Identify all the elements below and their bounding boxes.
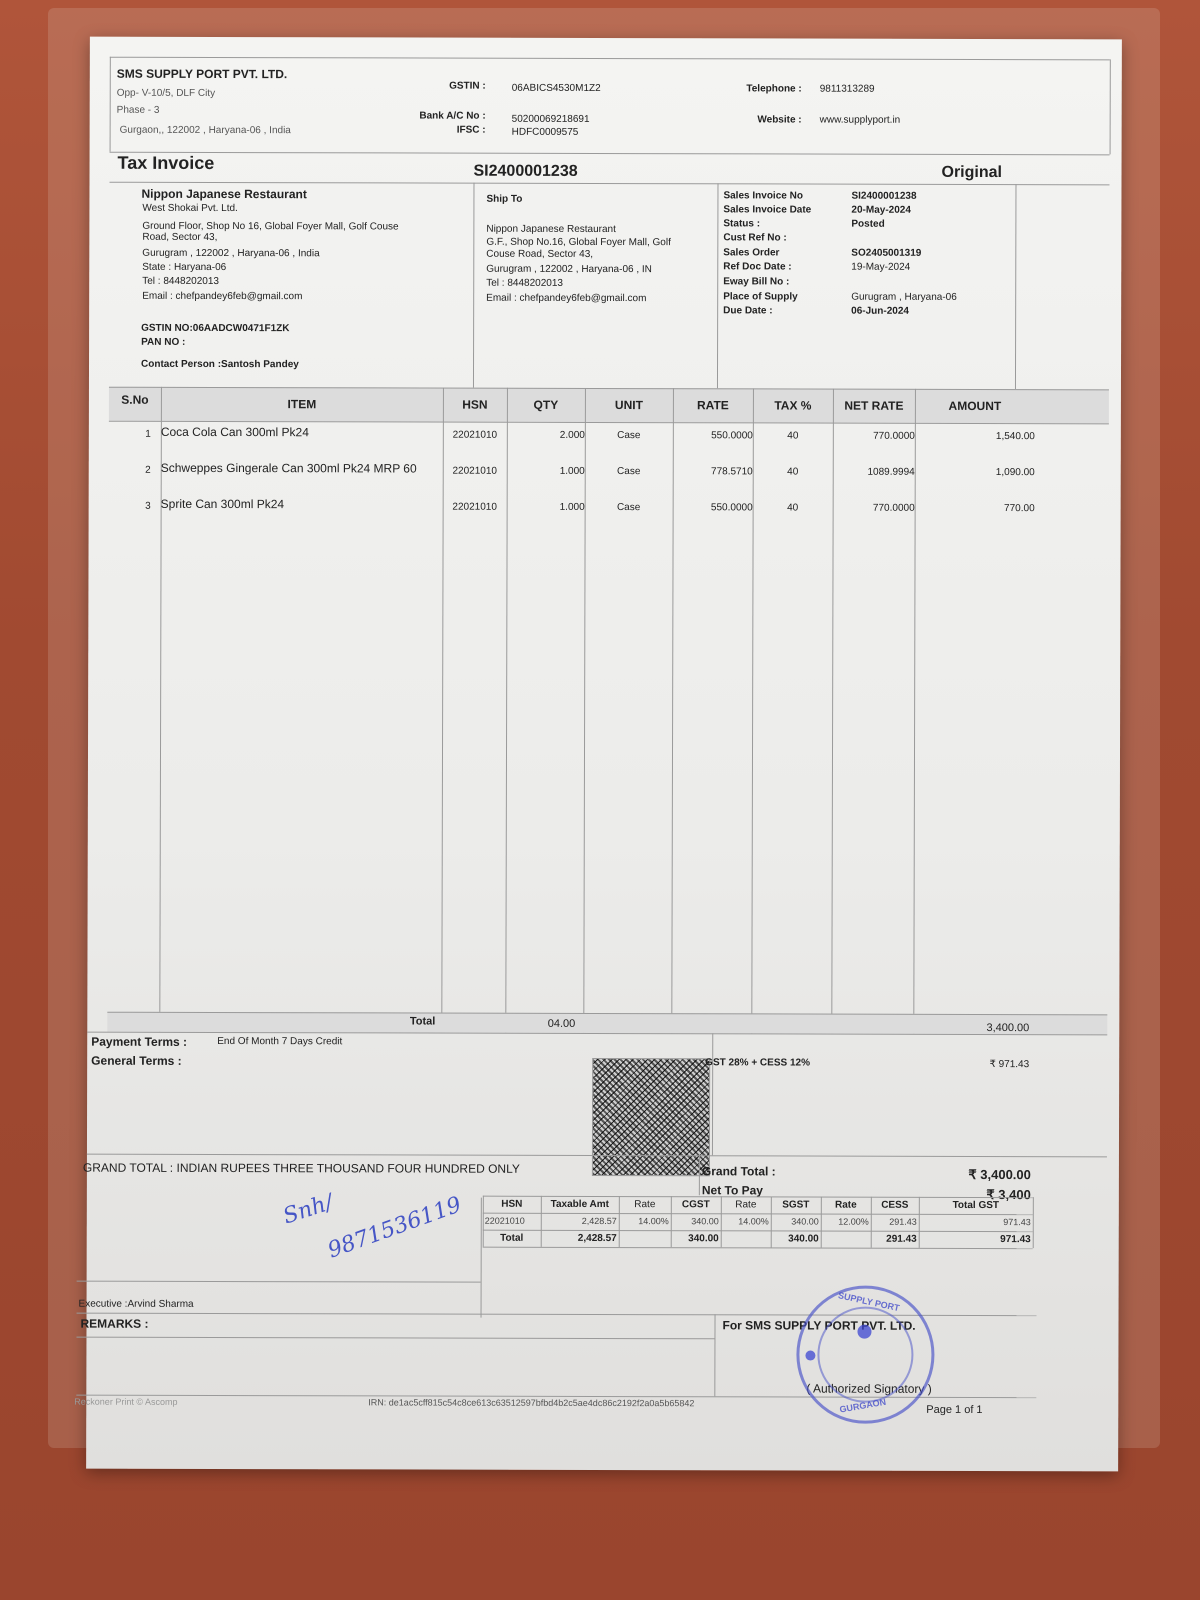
cell-qty: 2.000 [507, 430, 585, 441]
company-telephone: 9811313289 [820, 84, 875, 95]
column-header: HSN [443, 398, 507, 412]
billto-company: West Shokai Pvt. Ltd. [142, 203, 237, 214]
gst-column-header: Total GST [919, 1200, 1033, 1211]
column-header: RATE [673, 398, 753, 412]
cell-tax: 40 [753, 502, 833, 513]
column-header: AMOUNT [915, 399, 1035, 413]
meta-value: 19-May-2024 [851, 262, 910, 273]
irn-number: IRN: de1ac5cff815c54c8ce613c63512597bfbd… [368, 1397, 694, 1408]
cell-sno: 3 [109, 501, 151, 512]
grand-total-value: ₹ 3,400.00 [907, 1167, 1031, 1183]
column-header: ITEM [161, 397, 443, 412]
gst-column-header: CGST [671, 1199, 721, 1210]
cell-tax: 40 [753, 466, 833, 477]
company-website: www.supplyport.in [820, 115, 901, 126]
billto-pan: PAN NO : [141, 337, 185, 348]
billto-address-2: Road, Sector 43, [142, 232, 217, 243]
copy-type: Original [941, 164, 1002, 182]
document-type-title: Tax Invoice [118, 153, 215, 174]
gst-column-header: CESS [871, 1200, 919, 1211]
cell-item: Sprite Can 300ml Pk24 [161, 497, 443, 512]
billto-tel: Tel : 8448202013 [142, 276, 219, 287]
shipto-tel: Tel : 8448202013 [486, 278, 563, 289]
cell-sno: 2 [109, 465, 151, 476]
meta-value: Gurugram , Haryana-06 [851, 292, 957, 303]
handwritten-initials: Snh/ [280, 1190, 336, 1229]
print-credit: Reckoner Print © Ascomp [74, 1397, 177, 1407]
meta-value: Posted [851, 219, 884, 230]
bank-account: 50200069218691 [512, 114, 590, 125]
company-gstin: 06ABICS4530M1Z2 [512, 83, 601, 94]
grand-total-label: Grand Total : [702, 1164, 776, 1178]
gst-cell: 291.43 [873, 1217, 917, 1227]
cell-amount: 770.00 [915, 503, 1035, 514]
gst-cell: 971.43 [921, 1217, 1031, 1227]
gst-cell: 12.00% [823, 1217, 869, 1227]
invoice-document: SMS SUPPLY PORT PVT. LTD. Opp- V-10/5, D… [86, 37, 1122, 1472]
meta-label: Sales Invoice Date [723, 204, 811, 215]
billto-contact: Contact Person :Santosh Pandey [141, 359, 299, 370]
billto-gstin: GSTIN NO:06AADCW0471F1ZK [141, 323, 289, 334]
shipto-name: Nippon Japanese Restaurant [486, 224, 616, 235]
handwritten-phone: 9871536119 [325, 1192, 465, 1263]
net-to-pay-label: Net To Pay [702, 1183, 763, 1197]
gst-cess-value: ₹ 971.43 [937, 1059, 1029, 1070]
gstin-label: GSTIN : [390, 80, 486, 91]
cell-item: Schweppes Gingerale Can 300ml Pk24 MRP 6… [161, 461, 443, 476]
shipto-email: Email : chefpandey6feb@gmail.com [486, 293, 646, 304]
gst-cell: 14.00% [723, 1216, 769, 1226]
qr-code [592, 1058, 710, 1176]
cell-qty: 1.000 [507, 502, 585, 513]
payment-terms-value: End Of Month 7 Days Credit [217, 1036, 342, 1047]
cell-amount: 1,540.00 [915, 431, 1035, 442]
company-name: SMS SUPPLY PORT PVT. LTD. [117, 67, 288, 81]
meta-label: Sales Order [723, 247, 779, 258]
cell-item: Coca Cola Can 300ml Pk24 [161, 425, 443, 440]
company-stamp: SUPPLY PORT GURGAON [796, 1286, 934, 1424]
gst-total-cell: 291.43 [873, 1234, 917, 1245]
gst-cell: 340.00 [773, 1216, 819, 1226]
invoice-number-title: SI2400001238 [474, 163, 578, 181]
gst-cess-label: GST 28% + CESS 12% [705, 1057, 810, 1068]
general-terms-label: General Terms : [91, 1054, 182, 1068]
billto-state: State : Haryana-06 [142, 262, 226, 273]
cell-tax: 40 [753, 430, 833, 441]
cell-hsn: 22021010 [443, 430, 507, 441]
cell-sno: 1 [109, 429, 151, 440]
gst-total-cell: 2,428.57 [543, 1233, 617, 1244]
cell-unit: Case [585, 466, 673, 477]
cell-net-rate: 770.0000 [833, 503, 915, 514]
items-total-amount: 3,400.00 [917, 1022, 1029, 1034]
company-address-2: Phase - 3 [117, 105, 160, 116]
gst-total-cell: 340.00 [673, 1233, 719, 1244]
grand-total-words: GRAND TOTAL : INDIAN RUPEES THREE THOUSA… [83, 1161, 520, 1176]
cell-hsn: 22021010 [443, 466, 507, 477]
cell-qty: 1.000 [507, 466, 585, 477]
payment-terms-label: Payment Terms : [91, 1035, 187, 1049]
cell-rate: 550.0000 [673, 502, 753, 513]
telephone-label: Telephone : [710, 83, 802, 94]
gst-cell: 2,428.57 [543, 1216, 617, 1226]
gst-column-header: Rate [619, 1199, 671, 1210]
ifsc-label: IFSC : [390, 124, 486, 135]
column-header: S.No [109, 393, 161, 407]
gst-cell: 340.00 [673, 1216, 719, 1226]
gst-column-header: Rate [721, 1199, 771, 1210]
bank-label: Bank A/C No : [390, 110, 486, 121]
meta-value: SO2405001319 [851, 248, 921, 259]
meta-value: 20-May-2024 [851, 205, 911, 216]
remarks-label: REMARKS : [80, 1317, 148, 1331]
cell-unit: Case [585, 430, 673, 441]
meta-label: Cust Ref No : [723, 232, 786, 243]
meta-value: SI2400001238 [851, 191, 916, 202]
column-header: UNIT [585, 398, 673, 412]
cell-unit: Case [585, 502, 673, 513]
executive-name: Executive :Arvind Sharma [79, 1299, 194, 1310]
cell-rate: 550.0000 [673, 430, 753, 441]
meta-label: Ref Doc Date : [723, 261, 791, 272]
column-header: NET RATE [833, 399, 915, 413]
meta-label: Eway Bill No : [723, 276, 789, 287]
gst-column-header: Taxable Amt [541, 1199, 619, 1210]
gst-total-cell: 971.43 [921, 1234, 1031, 1245]
gst-column-header: SGST [771, 1199, 821, 1210]
cell-net-rate: 770.0000 [833, 431, 915, 442]
page-number: Page 1 of 1 [926, 1404, 982, 1416]
cell-rate: 778.5710 [673, 466, 753, 477]
cell-net-rate: 1089.9994 [833, 467, 915, 478]
cell-amount: 1,090.00 [915, 467, 1035, 478]
gst-column-header: HSN [483, 1199, 541, 1210]
company-address-1: Opp- V-10/5, DLF City [117, 88, 215, 99]
gst-total-cell: Total [485, 1233, 539, 1244]
meta-value: 06-Jun-2024 [851, 306, 909, 317]
gst-cell: 14.00% [621, 1216, 669, 1226]
gst-column-header: Rate [821, 1200, 871, 1211]
cell-hsn: 22021010 [443, 502, 507, 513]
company-address-3: Gurgaon,, 122002 , Haryana-06 , India [120, 125, 291, 136]
meta-label: Due Date : [723, 305, 772, 316]
billto-email: Email : chefpandey6feb@gmail.com [142, 291, 302, 302]
gst-cell: 22021010 [485, 1216, 539, 1226]
website-label: Website : [710, 114, 802, 125]
items-total-qty: 04.00 [507, 1018, 575, 1030]
meta-label: Place of Supply [723, 291, 797, 302]
ifsc-code: HDFC0009575 [512, 127, 579, 138]
meta-label: Status : [723, 218, 760, 229]
meta-label: Sales Invoice No [723, 190, 803, 201]
shipto-city: Gurugram , 122002 , Haryana-06 , IN [486, 264, 652, 275]
column-header: QTY [507, 398, 585, 412]
shipto-address-2: Couse Road, Sector 43, [486, 249, 593, 260]
billto-address-1: Ground Floor, Shop No 16, Global Foyer M… [142, 221, 398, 233]
items-total-label: Total [347, 1015, 435, 1027]
billto-name: Nippon Japanese Restaurant [141, 187, 306, 201]
shipto-address-1: G.F., Shop No.16, Global Foyer Mall, Gol… [486, 237, 671, 248]
column-header: TAX % [753, 398, 833, 412]
gst-total-cell: 340.00 [773, 1233, 819, 1244]
billto-city: Gurugram , 122002 , Haryana-06 , India [142, 248, 319, 259]
shipto-label: Ship To [486, 194, 522, 205]
